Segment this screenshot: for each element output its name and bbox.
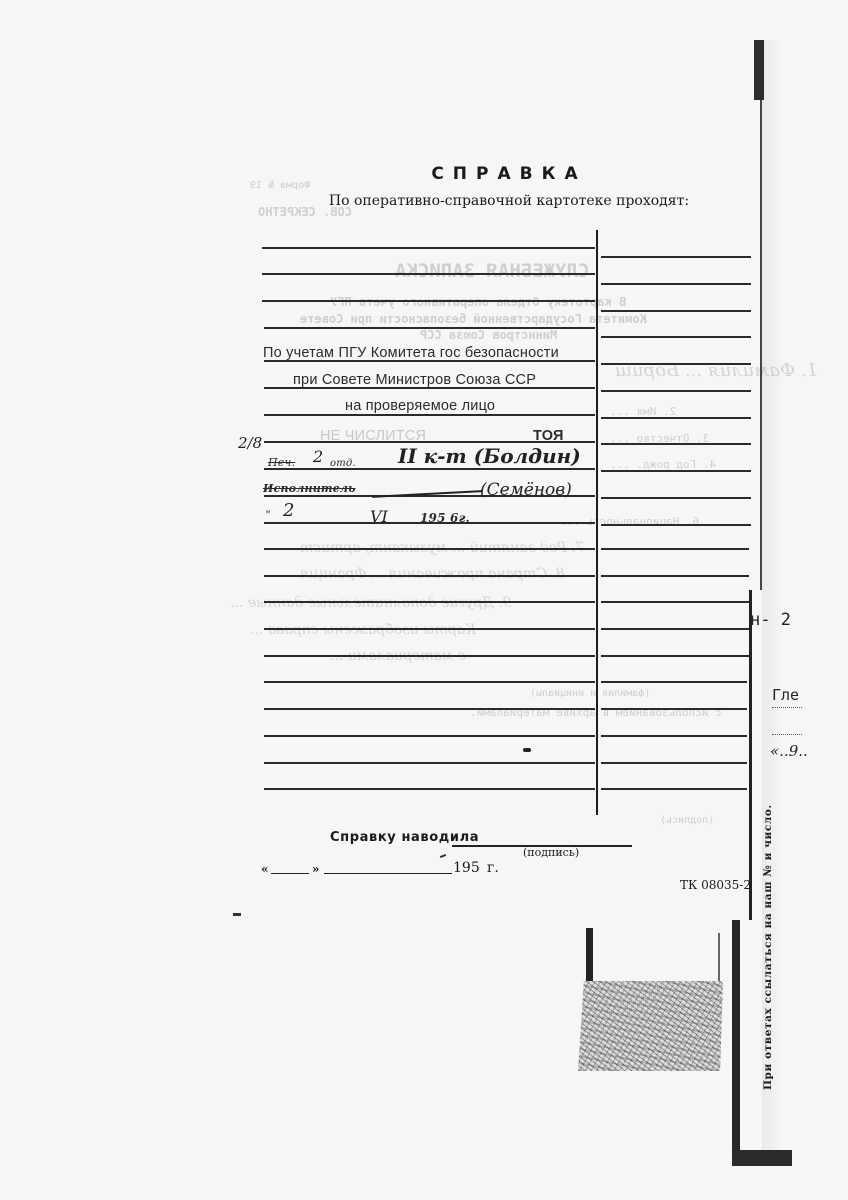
margin-gle-label: Гле <box>772 686 799 704</box>
footer-date-open: « <box>261 862 269 876</box>
bleed-line: 9. Другие дополнительные данные ... <box>230 595 512 611</box>
stamp-line-2: при Совете Министров Союза ССР <box>293 372 536 388</box>
date-month: VI <box>370 507 388 526</box>
footer-month-line <box>324 873 452 874</box>
bleed-line: Министров Союза ССР <box>420 328 557 342</box>
page-subtitle: По оперативно-справочной картотеке прохо… <box>0 193 848 209</box>
margin-dotted-line <box>772 707 802 708</box>
stamp-faint-line: НЕ ЧИСЛИТСЯ <box>320 428 426 444</box>
margin-dotted-line <box>772 734 802 735</box>
stamp-line-4: ТОЯ <box>533 428 564 444</box>
handwritten-executor: (Семёнов) <box>480 480 572 500</box>
margin-handwritten-mark: 2/8 <box>238 434 262 452</box>
bleed-heading: СЛУЖЕБНАЯ ЗАПИСКА <box>395 260 589 282</box>
binding-edge-lower <box>749 590 752 920</box>
pech-label: Печ. <box>268 456 295 469</box>
signature-caption: (подпись) <box>523 846 579 859</box>
bleed-line: В картотеку Отдела оперативного учета ПГ… <box>330 295 626 309</box>
form-code: ТК 08035-2 <box>680 878 751 892</box>
margin-number: «..9.. <box>770 742 808 760</box>
footer-date-close: » <box>312 862 320 876</box>
bleed-caption: (подпись) <box>660 815 714 826</box>
margin-tab-label: н- 2 <box>750 610 791 630</box>
bleed-line: Комитета Государственной безопасности пр… <box>300 312 647 326</box>
ispolnitel-label: Исполнитель <box>263 482 356 495</box>
stamp-line-1: По учетам ПГУ Комитета гос безопасности <box>263 345 559 361</box>
vertical-reference-note: При ответах ссылаться на наш № и число. <box>762 804 774 1090</box>
binding-edge-bottom <box>732 920 740 1150</box>
footer-date-suffix: г. <box>487 860 499 876</box>
page-title: СПРАВКА <box>0 164 848 184</box>
bleed-line: Карты изображены справа ... <box>250 622 476 638</box>
scan-artifact-block <box>578 925 728 1070</box>
made-by-label: Справку наводила <box>330 830 479 845</box>
footer-day-line <box>271 873 309 874</box>
signature-stroke <box>372 490 482 498</box>
stray-mark <box>233 913 241 916</box>
bleed-line: 8. Страна проживания ... Франция <box>300 566 565 582</box>
bleed-caption: (фамилия и инициалы) <box>530 688 650 699</box>
stray-mark <box>523 748 531 752</box>
binding-foot <box>732 1150 792 1166</box>
date-year: 195 6г. <box>420 511 470 525</box>
date-quote-open: " <box>266 508 270 522</box>
document-page: Форма № 19 СОВ. СЕКРЕТНО СЛУЖЕБНАЯ ЗАПИС… <box>0 0 848 1200</box>
date-day: 2 <box>283 500 294 521</box>
pech-value: 2 <box>313 447 323 466</box>
stray-mark <box>440 854 446 858</box>
column-divider <box>596 230 598 815</box>
handwritten-department: II к-т (Болдин) <box>398 444 581 468</box>
footer-date-year: 195 <box>453 860 480 876</box>
stamp-line-3: на проверяемое лицо <box>345 398 495 414</box>
pech-suffix: отд. <box>330 458 356 469</box>
